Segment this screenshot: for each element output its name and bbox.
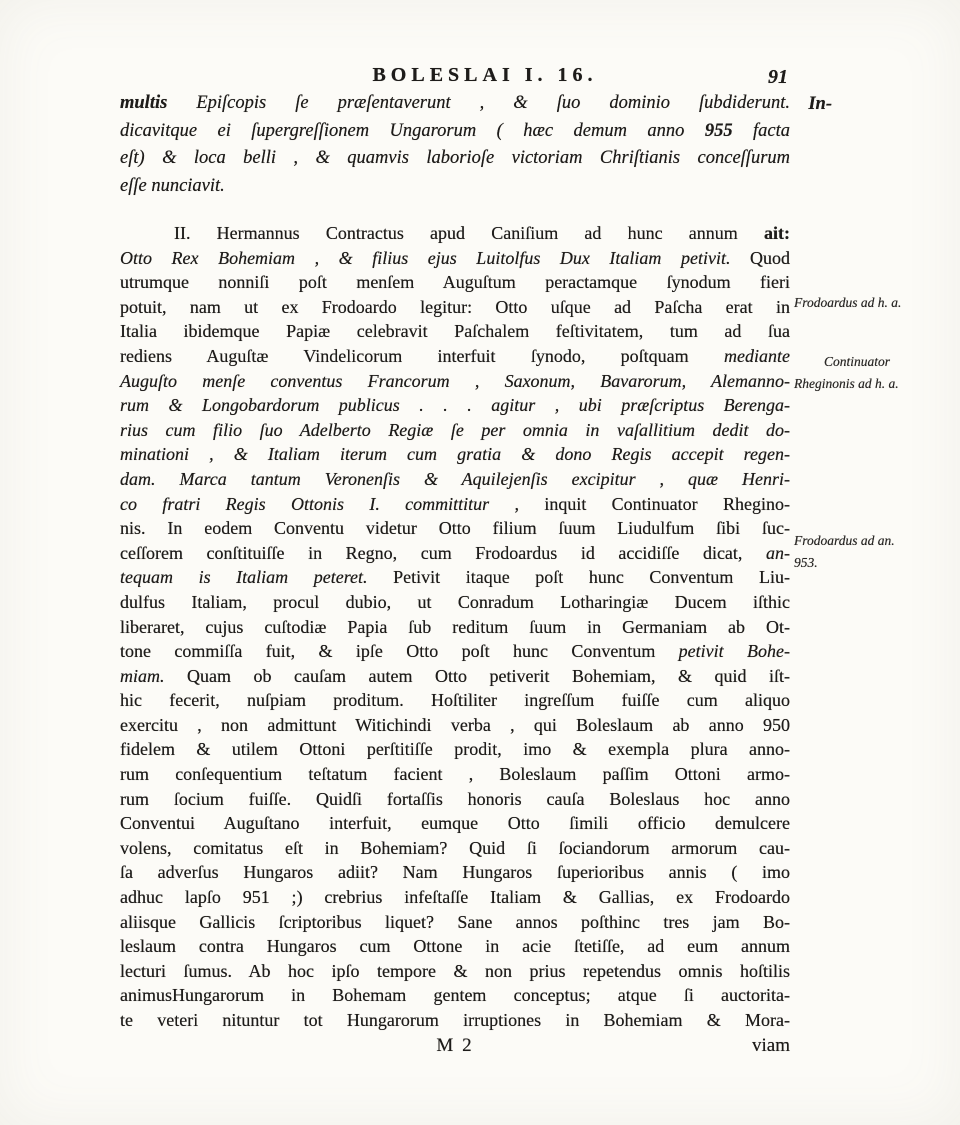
text-line: volens, comitatus eſt in Bohemiam? Quid … xyxy=(120,836,790,861)
text-line: dulfus Italiam, procul dubio, ut Conradu… xyxy=(120,590,790,615)
book-page: BOLESLAI I. 16. 91 multis Epiſcopis ſe p… xyxy=(0,0,960,1125)
text-segment: multis xyxy=(120,93,167,113)
text-line: eſſe nunciavit. xyxy=(120,173,790,201)
text-segment: ceſſorem conſtituiſſe in Regno, cum Frod… xyxy=(120,543,766,563)
text-segment: exercitu , non admittunt Witichindi verb… xyxy=(120,715,790,735)
text-segment: animusHungarorum in Bohemam gentem conce… xyxy=(120,985,790,1005)
text-line: fidelem & utilem Ottoni perſtitiſſe prod… xyxy=(120,737,790,762)
text-segment: te veteri nituntur tot Hungarorum irrupt… xyxy=(120,1010,790,1030)
text-segment: facta xyxy=(733,121,790,141)
intro-paragraph: multis Epiſcopis ſe præſentaverunt , & ſ… xyxy=(120,90,790,200)
text-line: Italia ibidemque Papiæ celebravit Paſcha… xyxy=(120,319,790,344)
text-line: lecturi ſumus. Ab hoc ipſo tempore & non… xyxy=(120,959,790,984)
text-segment: utrumque nonniſi poſt menſem Auguſtum pe… xyxy=(120,272,790,292)
text-line: tone commiſſa fuit, & ipſe Otto poſt hun… xyxy=(120,639,790,664)
text-line: rum & Longobardorum publicus . . . agitu… xyxy=(120,393,790,418)
text-segment: miam. xyxy=(120,666,187,686)
text-line: ceſſorem conſtituiſſe in Regno, cum Frod… xyxy=(120,541,790,566)
text-segment: inquit Continuator Rhegino- xyxy=(544,494,790,514)
text-segment: Conventui Auguſtano interfuit, eumque Ot… xyxy=(120,813,790,833)
main-paragraph: II. Hermannus Contractus apud Caniſium a… xyxy=(120,221,790,1033)
text-segment: 955 xyxy=(705,121,733,141)
text-line: rum conſequentium teſtatum facient , Bol… xyxy=(120,762,790,787)
text-line: dicavitque ei ſupergreſſionem Ungarorum … xyxy=(120,118,790,146)
text-line: Otto Rex Bohemiam , & filius ejus Luitol… xyxy=(120,246,790,271)
text-segment: adhuc lapſo 951 ;) crebrius infeſtaſſe I… xyxy=(120,887,790,907)
text-segment: Auguſto menſe conventus Francorum , Saxo… xyxy=(120,371,790,391)
text-line: rius cum filio ſuo Adelberto Regiæ ſe pe… xyxy=(120,418,790,443)
text-segment: volens, comitatus eſt in Bohemiam? Quid … xyxy=(120,838,790,858)
text-line: nis. In eodem Conventu videtur Otto fili… xyxy=(120,516,790,541)
text-line: leslaum contra Hungaros cum Ottone in ac… xyxy=(120,934,790,959)
text-line: utrumque nonniſi poſt menſem Auguſtum pe… xyxy=(120,270,790,295)
catchword: viam xyxy=(620,1035,790,1057)
margin-note-frodoardus-2: Frodoardus ad an. 953. xyxy=(794,530,916,573)
text-line: Conventui Auguſtano interfuit, eumque Ot… xyxy=(120,811,790,836)
text-segment: Otto Rex Bohemiam , & filius ejus Luitol… xyxy=(120,248,750,268)
text-line: II. Hermannus Contractus apud Caniſium a… xyxy=(120,221,790,246)
text-segment: nis. In eodem Conventu videtur Otto fili… xyxy=(120,518,790,538)
text-segment: minationi , & Italiam iterum cum gratia … xyxy=(120,444,790,464)
text-segment: rediens Auguſtæ Vindelicorum interfuit ſ… xyxy=(120,346,724,366)
text-segment: rum conſequentium teſtatum facient , Bol… xyxy=(120,764,790,784)
text-segment: fidelem & utilem Ottoni perſtitiſſe prod… xyxy=(120,739,790,759)
text-segment: eſt) & loca belli , & quamvis laborioſe … xyxy=(120,148,790,168)
text-line: dam. Marca tantum Veronenſis & Aquilejen… xyxy=(120,467,790,492)
text-line: multis Epiſcopis ſe præſentaverunt , & ſ… xyxy=(120,90,790,118)
text-segment: rius cum filio ſuo Adelberto Regiæ ſe pe… xyxy=(120,420,790,440)
text-line: minationi , & Italiam iterum cum gratia … xyxy=(120,442,790,467)
text-segment: an- xyxy=(766,543,790,563)
text-segment: lecturi ſumus. Ab hoc ipſo tempore & non… xyxy=(120,961,790,981)
text-segment: Petivit itaque poſt hunc Conventum Liu- xyxy=(393,567,790,587)
text-segment: tone commiſſa fuit, & ipſe Otto poſt hun… xyxy=(120,641,679,661)
text-line: eſt) & loca belli , & quamvis laborioſe … xyxy=(120,145,790,173)
text-line: ſa adverſus Hungaros adiit? Nam Hungaros… xyxy=(120,860,790,885)
text-segment: dam. Marca tantum Veronenſis & Aquilejen… xyxy=(120,469,790,489)
text-segment: mediante xyxy=(724,346,790,366)
text-segment: Quod xyxy=(750,248,790,268)
text-segment: liberaret, cujus cuſtodiæ Papia ſub redi… xyxy=(120,617,790,637)
text-segment: dicavitque ei ſupergreſſionem Ungarorum … xyxy=(120,121,705,141)
text-segment: co fratri Regis Ottonis I. committitur , xyxy=(120,494,544,514)
margin-note-frodoardus-1: Frodoardus ad h. a. xyxy=(794,292,916,314)
text-segment: petivit Bohe- xyxy=(679,641,790,661)
text-line: adhuc lapſo 951 ;) crebrius infeſtaſſe I… xyxy=(120,885,790,910)
text-line: miam. Quam ob cauſam autem Otto petiveri… xyxy=(120,664,790,689)
text-line: hic fecerit, nuſpiam proditum. Hoſtilite… xyxy=(120,688,790,713)
text-segment: II. Hermannus Contractus apud Caniſium a… xyxy=(174,223,764,243)
text-segment: aliisque Gallicis ſcriptoribus liquet? S… xyxy=(120,912,790,932)
text-segment: rum ſocium fuiſſe. Quidſi fortaſſis hono… xyxy=(120,789,790,809)
text-line: animusHungarorum in Bohemam gentem conce… xyxy=(120,983,790,1008)
text-segment: In- xyxy=(808,91,832,119)
text-segment: hic fecerit, nuſpiam proditum. Hoſtilite… xyxy=(120,690,790,710)
text-line: potuit, nam ut ex Frodoardo legitur: Ott… xyxy=(120,295,790,320)
text-line: liberaret, cujus cuſtodiæ Papia ſub redi… xyxy=(120,615,790,640)
text-line: Auguſto menſe conventus Francorum , Saxo… xyxy=(120,369,790,394)
running-header: BOLESLAI I. 16. xyxy=(130,64,840,87)
text-line: te veteri nituntur tot Hungarorum irrupt… xyxy=(120,1008,790,1033)
text-segment: Italia ibidemque Papiæ celebravit Paſcha… xyxy=(120,321,790,341)
text-segment: Quam ob cauſam autem Otto petiverit Bohe… xyxy=(187,666,790,686)
text-segment: ait: xyxy=(764,223,790,243)
text-segment: dulfus Italiam, procul dubio, ut Conradu… xyxy=(120,592,790,612)
text-segment: leslaum contra Hungaros cum Ottone in ac… xyxy=(120,936,790,956)
text-line: exercitu , non admittunt Witichindi verb… xyxy=(120,713,790,738)
text-line: rediens Auguſtæ Vindelicorum interfuit ſ… xyxy=(120,344,790,369)
text-segment: rum & Longobardorum publicus . . . agitu… xyxy=(120,395,790,415)
page-number: 91 xyxy=(768,66,788,89)
text-segment: Epiſcopis ſe præſentaverunt , & ſuo domi… xyxy=(167,93,790,113)
text-line: tequam is Italiam peteret. Petivit itaqu… xyxy=(120,565,790,590)
margin-note-continuator-rheginonis: Continuator Rheginonis ad h. a. xyxy=(794,351,916,394)
text-segment: eſſe nunciavit. xyxy=(120,176,225,196)
text-line: co fratri Regis Ottonis I. committitur ,… xyxy=(120,492,790,517)
text-line: rum ſocium fuiſſe. Quidſi fortaſſis hono… xyxy=(120,787,790,812)
text-line: aliisque Gallicis ſcriptoribus liquet? S… xyxy=(120,910,790,935)
text-segment: potuit, nam ut ex Frodoardo legitur: Ott… xyxy=(120,297,790,317)
text-segment: ſa adverſus Hungaros adiit? Nam Hungaros… xyxy=(120,862,790,882)
text-segment: tequam is Italiam peteret. xyxy=(120,567,393,587)
